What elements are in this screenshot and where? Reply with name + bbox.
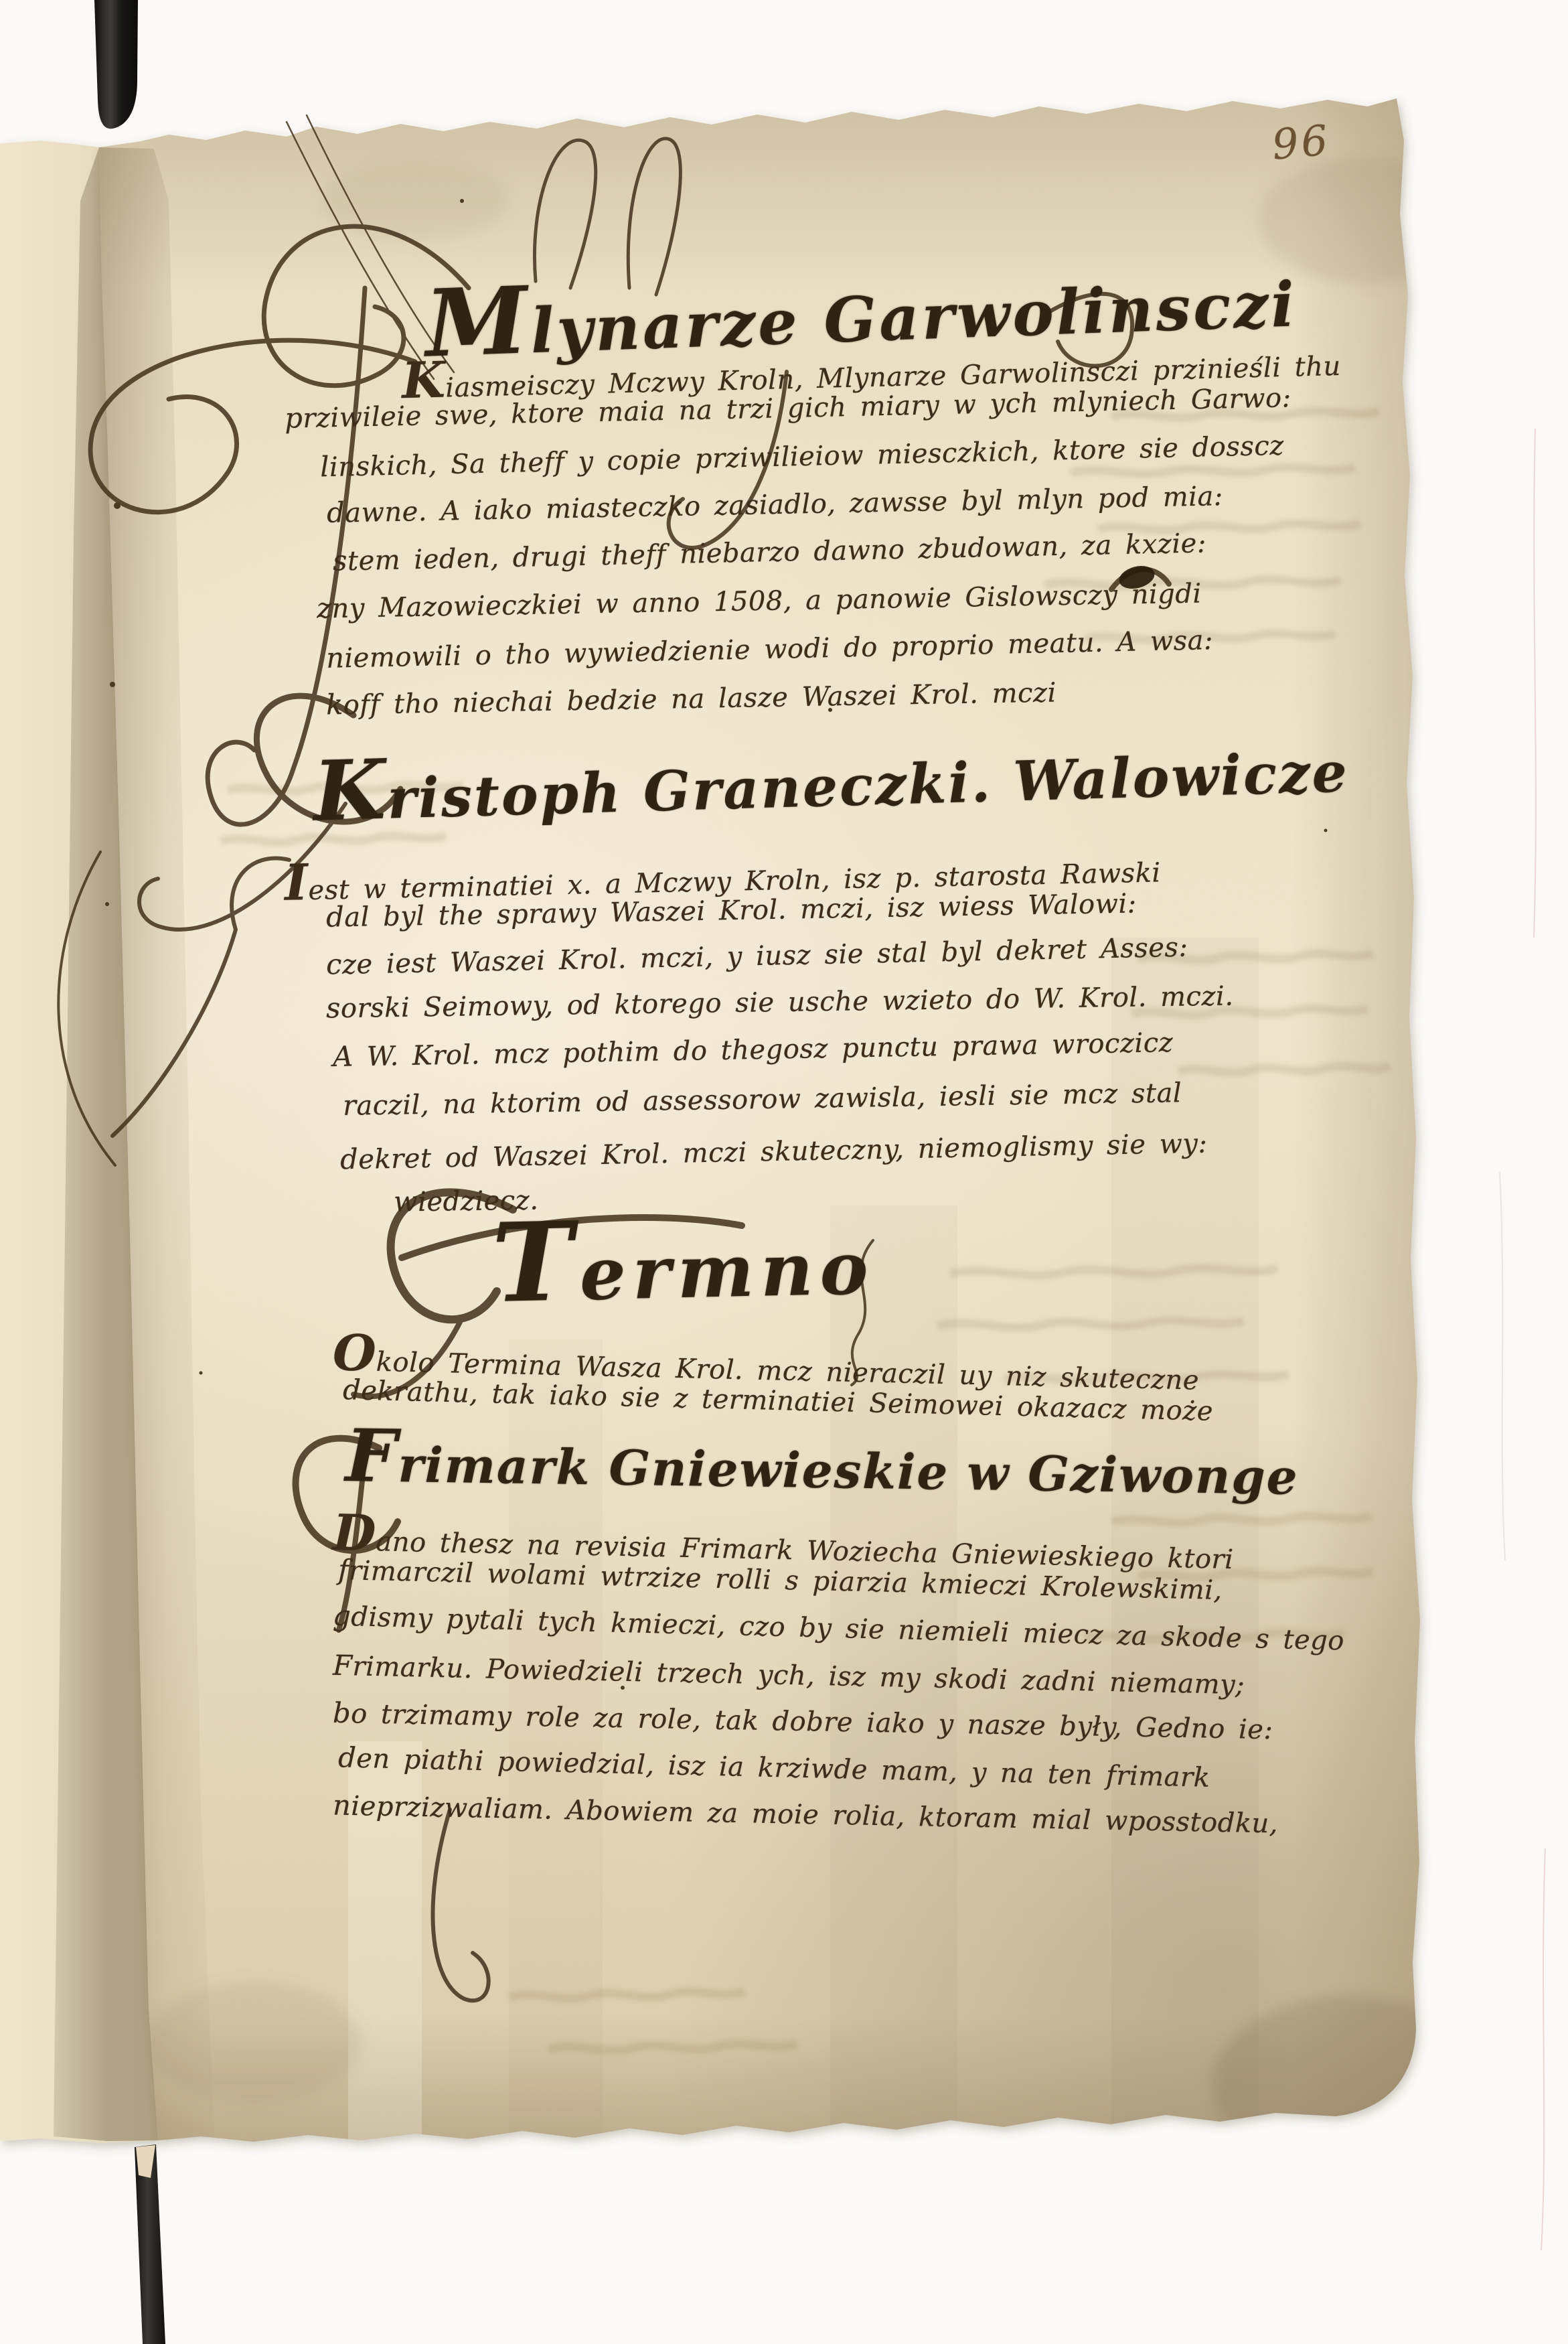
manuscript-line: gdismy pytali tych kmieczi, czo by sie n…: [333, 1602, 1345, 1655]
manuscript-line: cze iest Waszei Krol. mczi, y iusz sie s…: [326, 933, 1188, 979]
manuscript-line: raczil, na ktorim od assessorow zawisla,…: [343, 1078, 1182, 1120]
manuscript-text-layer: 96 Mlynarze Garwolinsczi Kiasmeisczy Mcz…: [0, 0, 1568, 2344]
manuscript-scan: 96 Mlynarze Garwolinsczi Kiasmeisczy Mcz…: [0, 0, 1568, 2344]
manuscript-line: dawne. A iako miasteczko zasiadlo, zawss…: [327, 482, 1223, 527]
manuscript-line: A W. Krol. mcz pothim do thegosz punctu …: [333, 1028, 1174, 1071]
manuscript-line: sorski Seimowy, od ktorego sie usche wzi…: [326, 982, 1234, 1023]
manuscript-line: niemowili o tho wywiedzienie wodi do pro…: [326, 626, 1214, 672]
manuscript-line: linskich, Sa theff y copie prziwilieiow …: [320, 431, 1285, 482]
manuscript-line: den piathi powiedzial, isz ia krziwde ma…: [338, 1743, 1210, 1791]
manuscript-line: dekret od Waszei Krol. mczi skuteczny, n…: [340, 1129, 1208, 1174]
manuscript-line: Frimarku. Powiedzieli trzech ych, isz my…: [333, 1652, 1245, 1699]
section-heading-frimark: Frimark Gniewieskie w Gziwonge: [345, 1420, 1299, 1506]
manuscript-line: bo trzimamy role za role, tak dobre iako…: [333, 1699, 1273, 1744]
manuscript-line: zny Mazowieczkiei w anno 1508, a panowie…: [317, 579, 1202, 622]
manuscript-line: nieprzizwaliam. Abowiem za moie rolia, k…: [333, 1791, 1279, 1837]
folio-number: 96: [1270, 119, 1332, 165]
section-heading-kristoph: Kristoph Graneczki. Walowicze: [313, 722, 1350, 833]
manuscript-line: koff tho niechai bedzie na lasze Waszei …: [326, 678, 1056, 719]
manuscript-line: stem ieden, drugi theff niebarzo dawno z…: [333, 528, 1206, 575]
section-heading-termno: Termno: [491, 1201, 875, 1318]
